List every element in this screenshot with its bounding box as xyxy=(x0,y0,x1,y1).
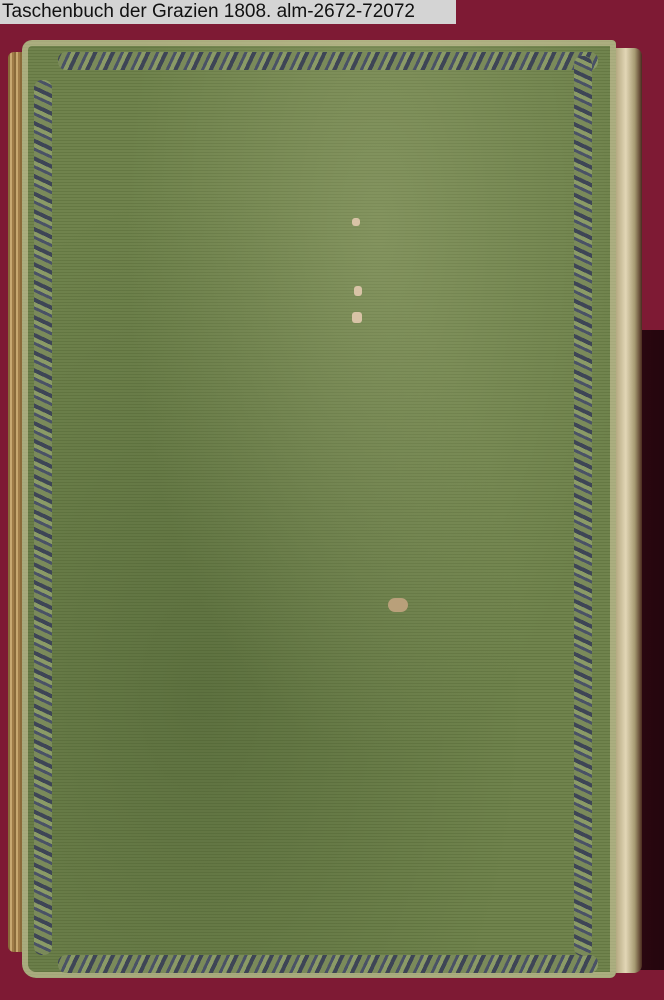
rope-border-left xyxy=(34,80,52,955)
rope-border-right xyxy=(574,56,592,956)
image-caption: Taschenbuch der Grazien 1808. alm-2672-7… xyxy=(0,0,456,24)
wear-spot xyxy=(388,598,408,612)
wear-spot xyxy=(354,286,362,296)
rope-border-bottom xyxy=(58,955,598,973)
book-cover xyxy=(22,40,616,978)
wear-spot xyxy=(352,312,362,323)
wear-spot xyxy=(352,218,360,226)
rope-border-top xyxy=(58,52,598,70)
